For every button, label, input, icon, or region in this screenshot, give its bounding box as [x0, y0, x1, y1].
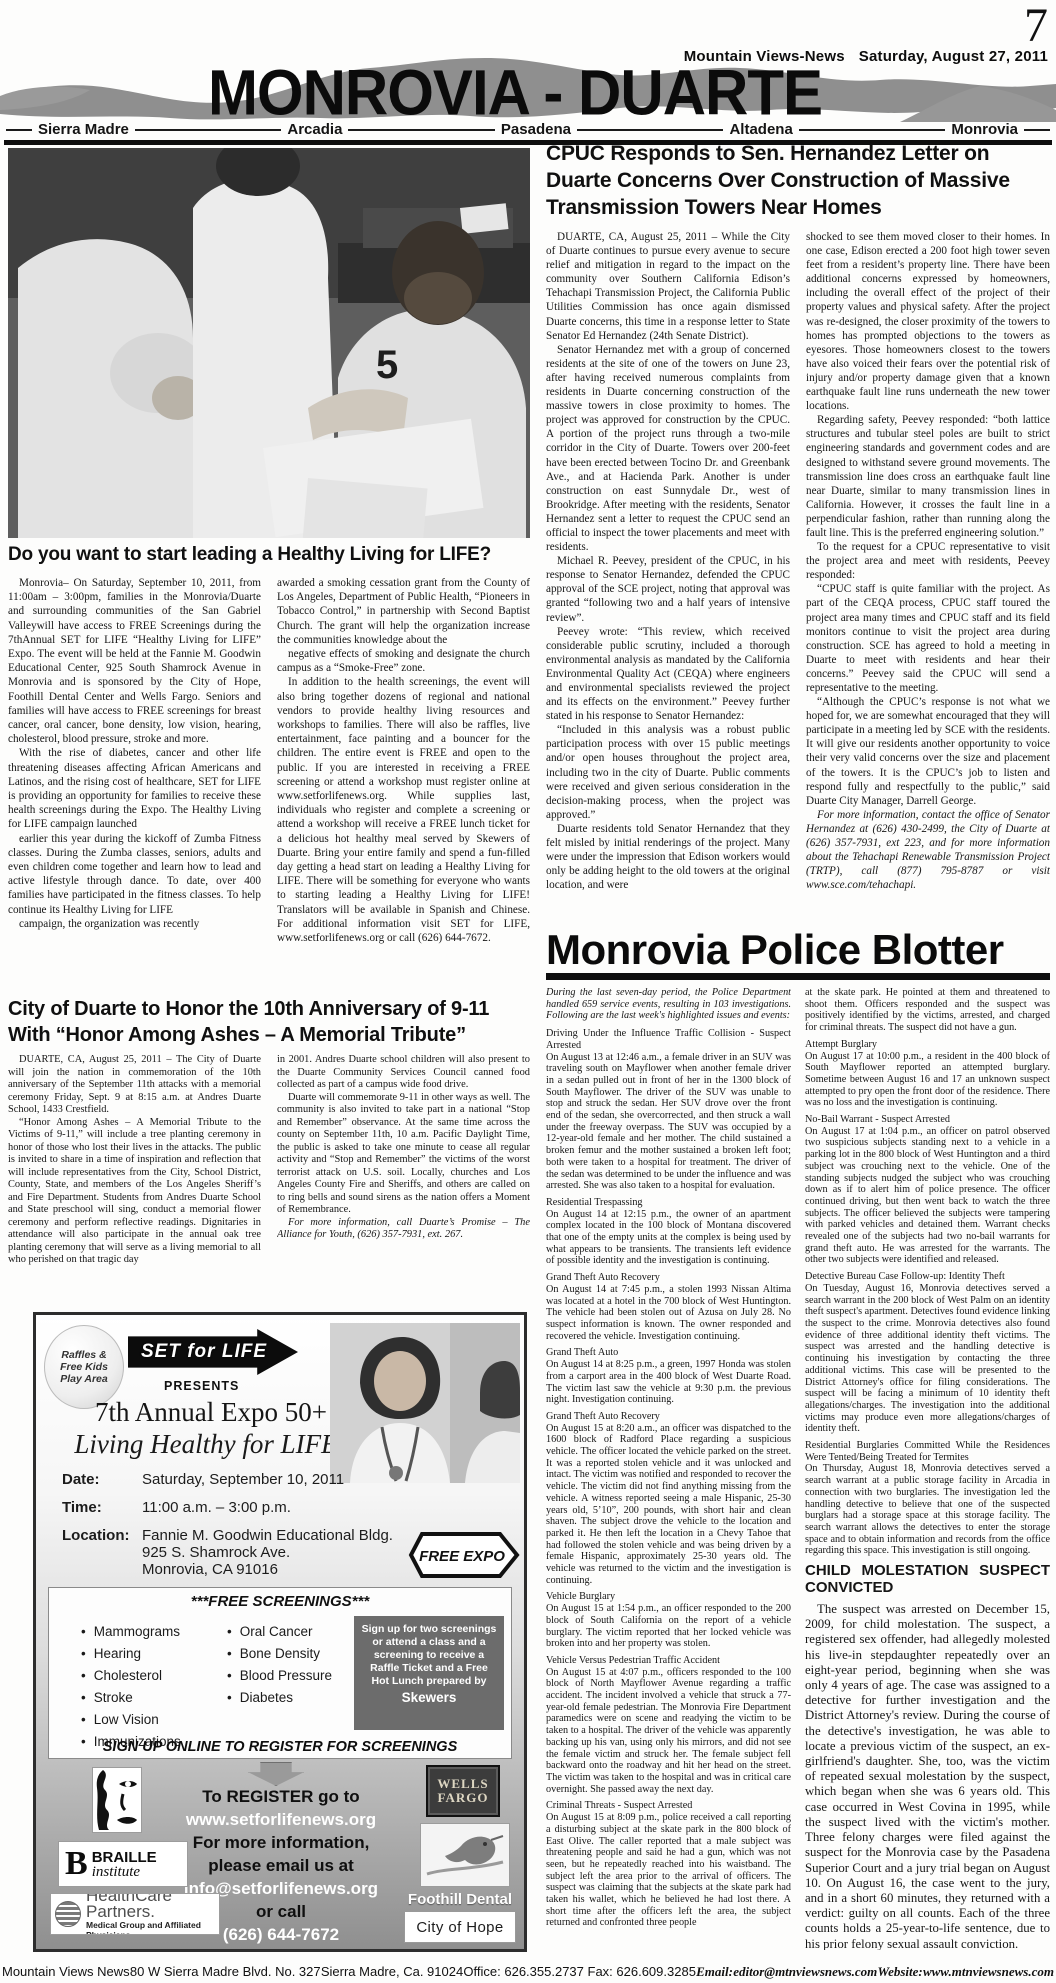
- nineeleven-article-headline: City of Duarte to Honor the 10th Anniver…: [8, 996, 530, 1048]
- rule: [577, 129, 724, 131]
- cpuc-article-body: DUARTE, CA, August 25, 2011 – While the …: [546, 230, 1050, 930]
- set-for-life-logo-text: SET for LIFE: [141, 1341, 285, 1363]
- bird-photo: [420, 1823, 510, 1887]
- blotter-item: No-Bail Warrant - Suspect Arrested On Au…: [805, 1114, 1050, 1266]
- blotter-item-heading: Grand Theft Auto Recovery: [546, 1272, 791, 1284]
- paragraph: For more information, contact the office…: [806, 808, 1050, 893]
- paragraph: shocked to see them moved closer to thei…: [806, 230, 1050, 413]
- paragraph: In addition to the health screenings, th…: [277, 675, 530, 945]
- free-expo-text: FREE EXPO: [419, 1548, 505, 1565]
- blotter-item-heading: Residential Trespassing: [546, 1197, 791, 1209]
- blotter-item-heading: Detective Bureau Case Follow-up: Identit…: [805, 1271, 1050, 1283]
- time-value: 11:00 a.m. – 3:00 p.m.: [142, 1499, 412, 1516]
- healthy-article-body: Monrovia– On Saturday, September 10, 201…: [8, 576, 530, 992]
- signup-line: SIGN UP ONLINE TO REGISTER FOR SCREENING…: [49, 1739, 511, 1755]
- blotter-item-text: On August 15 at 4:07 p.m., officers resp…: [546, 1667, 791, 1796]
- location-line: Monrovia, CA 91016: [142, 1561, 412, 1578]
- screening-item: Blood Pressure: [227, 1668, 332, 1683]
- register-line: To REGISTER go to: [156, 1785, 406, 1808]
- paragraph: negative effects of smoking and designat…: [277, 647, 530, 675]
- nineeleven-headline-line1: City of Duarte to Honor the 10th Anniver…: [8, 996, 530, 1022]
- healthcare-partners-sub: Medical Group and Affiliated Physicians: [86, 1920, 215, 1935]
- page-number: 7: [1024, 0, 1048, 53]
- blotter-item-heading: Residential Burglaries Committed While t…: [805, 1440, 1050, 1463]
- paragraph: Peevey wrote: “This review, which receiv…: [546, 625, 790, 724]
- screening-item: Bone Density: [227, 1646, 332, 1661]
- healthy-article-headline: Do you want to start leading a Healthy L…: [8, 543, 530, 567]
- ad-location-row: Location: Fannie M. Goodwin Educational …: [62, 1527, 412, 1578]
- blotter-item-heading: No-Bail Warrant - Suspect Arrested: [805, 1114, 1050, 1126]
- paragraph: earlier this year during the kickoff of …: [8, 832, 261, 917]
- screening-item: Mammograms: [81, 1624, 181, 1639]
- city-of-hope-logo: City of Hope: [404, 1911, 516, 1943]
- blotter-body: During the last seven-day period, the Po…: [546, 987, 1050, 1950]
- time-label: Time:: [62, 1499, 142, 1516]
- register-line: please email us at: [156, 1854, 406, 1877]
- ad-date-row: Date: Saturday, September 10, 2011: [62, 1471, 412, 1488]
- blotter-col1: During the last seven-day period, the Po…: [546, 987, 791, 1950]
- braille-institute-logo: B BRAILLE institute: [58, 1841, 188, 1887]
- blotter-item-text: On August 14 at 8:25 p.m., a green, 1997…: [546, 1359, 791, 1406]
- wells-fargo-line2: FARGO: [438, 1791, 489, 1805]
- paragraph: Regarding safety, Peevey responded: “bot…: [806, 413, 1050, 540]
- footer-address: 80 W Sierra Madre Blvd. No. 327: [130, 1964, 321, 1980]
- raffle-note-box: Sign up for two screenings or attend a c…: [354, 1616, 504, 1730]
- paragraph: DUARTE, CA, August 25, 2011 – The City o…: [8, 1054, 261, 1117]
- ad-subtitle: Living Healthy for LIFE: [36, 1429, 376, 1460]
- blotter-item-text: On August 17 at 10:00 p.m., a resident i…: [805, 1051, 1050, 1110]
- raffle-note-brand: Skewers: [360, 1691, 498, 1704]
- free-expo-badge: FREE EXPO: [408, 1531, 520, 1584]
- doctors-photo: [330, 1323, 520, 1483]
- blotter-item: Residential Burglaries Committed While t…: [805, 1440, 1050, 1557]
- cpuc-article-col1: DUARTE, CA, August 25, 2011 – While the …: [546, 230, 790, 930]
- blotter-item: Residential Trespassing On August 14 at …: [546, 1197, 791, 1267]
- ad-time-row: Time: 11:00 a.m. – 3:00 p.m.: [62, 1499, 412, 1516]
- photo-jersey-number: 5: [376, 343, 398, 387]
- footer-phones: Office: 626.355.2737 Fax: 626.609.3285: [463, 1964, 696, 1980]
- blotter-item: Criminal Threats - Suspect Arrested On A…: [546, 1800, 791, 1929]
- nineeleven-article-body: DUARTE, CA, August 25, 2011 – The City o…: [8, 1054, 530, 1306]
- newspaper-page: { "page": { "number": "7", "paper_name":…: [0, 0, 1056, 1983]
- nineeleven-article-col1: DUARTE, CA, August 25, 2011 – The City o…: [8, 1054, 261, 1306]
- register-line: www.setforlifenews.org: [156, 1808, 406, 1831]
- wells-fargo-logo: WELLS FARGO: [426, 1765, 500, 1817]
- paragraph: “CPUC staff is quite familiar with the p…: [806, 582, 1050, 695]
- location-label: Location:: [62, 1527, 142, 1578]
- rule: [1024, 129, 1050, 131]
- paragraph: “Although the CPUC’s response is not wha…: [806, 695, 1050, 808]
- blotter-item-text: On August 15 at 8:09 p.m., police receiv…: [546, 1812, 791, 1929]
- cpuc-article-headline: CPUC Responds to Sen. Hernandez Letter o…: [546, 140, 1052, 221]
- location-line: Fannie M. Goodwin Educational Bldg.: [142, 1527, 412, 1544]
- screenings-title: ***FREE SCREENINGS***: [49, 1593, 511, 1610]
- blotter-item-heading: Grand Theft Auto: [546, 1347, 791, 1359]
- blotter-item: Grand Theft Auto Recovery On August 14 a…: [546, 1272, 791, 1342]
- city-arcadia: Arcadia: [287, 121, 342, 138]
- screening-item: Hearing: [81, 1646, 181, 1661]
- blotter-item-heading: Driving Under the Influence Traffic Coll…: [546, 1028, 791, 1051]
- screening-item: Low Vision: [81, 1712, 181, 1727]
- city-monrovia: Monrovia: [951, 121, 1018, 138]
- paragraph: “Honor Among Ashes – A Memorial Tribute …: [8, 1117, 261, 1267]
- screenings-list-1: MammogramsHearingCholesterolStrokeLow Vi…: [81, 1624, 181, 1756]
- date-label: Date:: [62, 1471, 142, 1488]
- healthcare-partners-name: HealthCare Partners.: [86, 1893, 215, 1920]
- paragraph: Monrovia– On Saturday, September 10, 201…: [8, 576, 261, 746]
- page-footer: Mountain Views News 80 W Sierra Madre Bl…: [2, 1964, 1054, 1980]
- paragraph: Michael R. Peevey, president of the CPUC…: [546, 554, 790, 624]
- healthy-article-col1: Monrovia– On Saturday, September 10, 201…: [8, 576, 261, 992]
- footer-email-label: Email:: [696, 1964, 733, 1980]
- blotter-item-text: The suspect was arrested on December 15,…: [805, 1602, 1050, 1950]
- paragraph: For more information, call Duarte’s Prom…: [277, 1217, 530, 1242]
- down-arrow-icon: [248, 1762, 304, 1786]
- location-value: Fannie M. Goodwin Educational Bldg.925 S…: [142, 1527, 412, 1578]
- footer-city: Sierra Madre, Ca. 91024: [321, 1964, 463, 1980]
- blotter-item: Detective Bureau Case Follow-up: Identit…: [805, 1271, 1050, 1435]
- raffle-note-text: Sign up for two screenings or attend a c…: [360, 1623, 498, 1688]
- paragraph: “Included in this analysis was a robust …: [546, 723, 790, 822]
- footer-email: editor@mtnviewsnews.com: [733, 1964, 877, 1980]
- date-value: Saturday, September 10, 2011: [142, 1471, 412, 1488]
- blotter-item-heading: Vehicle Burglary: [546, 1591, 791, 1603]
- register-line: For more information,: [156, 1831, 406, 1854]
- blotter-item: CHILD MOLESTATION SUSPECT CONVICTED The …: [805, 1562, 1050, 1950]
- footer-website: www.mtnviewsnews.com: [923, 1964, 1054, 1980]
- blotter-headline: Monrovia Police Blotter: [546, 926, 1004, 974]
- screening-item: Diabetes: [227, 1690, 332, 1705]
- blotter-item: at the skate park. He pointed at them an…: [805, 987, 1050, 1034]
- blotter-item-heading: Grand Theft Auto Recovery: [546, 1411, 791, 1423]
- footer-web-label: Website:: [878, 1964, 923, 1980]
- nineeleven-article-col2: in 2001. Andres Duarte school children w…: [277, 1054, 530, 1306]
- paragraph: Duarte residents told Senator Hernandez …: [546, 822, 790, 892]
- rule: [348, 129, 495, 131]
- wells-fargo-line1: WELLS: [437, 1777, 488, 1791]
- paragraph: Senator Hernandez met with a group of co…: [546, 343, 790, 554]
- braille-logo-word2: institute: [92, 1865, 157, 1879]
- section-title: MONROVIA - DUARTE: [0, 56, 1030, 129]
- blotter-item-heading: Attempt Burglary: [805, 1039, 1050, 1051]
- healthy-article-col2: awarded a smoking cessation grant from t…: [277, 576, 530, 992]
- blotter-item-text: On August 15 at 1:54 p.m., an officer re…: [546, 1603, 791, 1650]
- rule: [799, 129, 946, 131]
- screenings-box: ***FREE SCREENINGS*** MammogramsHearingC…: [48, 1587, 512, 1759]
- city-sierra-madre: Sierra Madre: [38, 121, 129, 138]
- blotter-item-text: On August 13 at 12:46 a.m., a female dri…: [546, 1052, 791, 1192]
- healthcare-partners-icon: [55, 1901, 81, 1927]
- blotter-col2: at the skate park. He pointed at them an…: [805, 987, 1050, 1950]
- blotter-item-heading: Vehicle Versus Pedestrian Traffic Accide…: [546, 1655, 791, 1667]
- paragraph: awarded a smoking cessation grant from t…: [277, 576, 530, 647]
- location-line: 925 S. Shamrock Ave.: [142, 1544, 412, 1561]
- presents-label: PRESENTS: [164, 1379, 239, 1393]
- screening-item: Stroke: [81, 1690, 181, 1705]
- blotter-col1-items: Driving Under the Influence Traffic Coll…: [546, 1028, 791, 1929]
- set-for-life-logo: SET for LIFE: [128, 1329, 298, 1375]
- blotter-rule: [546, 973, 1050, 980]
- paragraph: campaign, the organization was recently: [8, 917, 261, 931]
- blotter-item-text: at the skate park. He pointed at them an…: [805, 987, 1050, 1034]
- blotter-item-text: On August 15 at 8:20 a.m., an officer wa…: [546, 1423, 791, 1587]
- paragraph: With the rise of diabetes, cancer and ot…: [8, 746, 261, 831]
- blotter-intro: During the last seven-day period, the Po…: [546, 987, 791, 1022]
- blotter-item: Vehicle Burglary On August 15 at 1:54 p.…: [546, 1591, 791, 1650]
- healthcare-partners-logo: HealthCare Partners. Medical Group and A…: [50, 1893, 220, 1935]
- screenings-list-2: Oral CancerBone DensityBlood PressureDia…: [227, 1624, 332, 1712]
- blotter-col2-items: at the skate park. He pointed at them an…: [805, 987, 1050, 1950]
- braille-institute-face-logo: [92, 1767, 142, 1833]
- footer-paper-name: Mountain Views News: [2, 1964, 130, 1980]
- braille-logo-b: B: [65, 1845, 88, 1883]
- braille-logo-word1: BRAILLE: [92, 1850, 157, 1865]
- blotter-item-text: On August 14 at 12:15 p.m., the owner of…: [546, 1209, 791, 1268]
- news-photo-health-screening: 5: [8, 148, 530, 538]
- screening-item: Cholesterol: [81, 1668, 181, 1683]
- blotter-item-text: On August 17 at 1:04 p.m., an officer on…: [805, 1126, 1050, 1266]
- blotter-item: Grand Theft Auto On August 14 at 8:25 p.…: [546, 1347, 791, 1406]
- set-for-life-expo-ad: Raffles & Free Kids Play Area SET for LI…: [33, 1312, 527, 1952]
- paragraph: To the request for a CPUC representative…: [806, 540, 1050, 582]
- blotter-item: Attempt Burglary On August 17 at 10:00 p…: [805, 1039, 1050, 1109]
- blotter-item-heading: Criminal Threats - Suspect Arrested: [546, 1800, 791, 1812]
- foothill-dental-logo: Foothill Dental: [396, 1891, 524, 1908]
- paragraph: DUARTE, CA, August 25, 2011 – While the …: [546, 230, 790, 343]
- city-pasadena: Pasadena: [501, 121, 571, 138]
- blotter-item: Driving Under the Influence Traffic Coll…: [546, 1028, 791, 1192]
- blotter-item-text: On Tuesday, August 16, Monrovia detectiv…: [805, 1283, 1050, 1435]
- masthead: MONROVIA - DUARTE: [0, 56, 1056, 122]
- blotter-item-text: On Thursday, August 18, Monrovia detecti…: [805, 1463, 1050, 1557]
- blotter-item: Vehicle Versus Pedestrian Traffic Accide…: [546, 1655, 791, 1795]
- blotter-item: Grand Theft Auto Recovery On August 15 a…: [546, 1411, 791, 1587]
- blotter-item-text: On August 14 at 7:45 p.m., a stolen 1993…: [546, 1284, 791, 1343]
- ad-title: 7th Annual Expo 50+: [56, 1397, 366, 1428]
- cpuc-article-col2: shocked to see them moved closer to thei…: [806, 230, 1050, 930]
- city-altadena: Altadena: [729, 121, 792, 138]
- nineeleven-headline-line2: With “Honor Among Ashes – A Memorial Tri…: [8, 1022, 530, 1048]
- paragraph: in 2001. Andres Duarte school children w…: [277, 1054, 530, 1092]
- rule: [135, 129, 282, 131]
- screening-item: Oral Cancer: [227, 1624, 332, 1639]
- blotter-item-heading: CHILD MOLESTATION SUSPECT CONVICTED: [805, 1562, 1050, 1596]
- paragraph: Duarte will commemorate 9-11 in other wa…: [277, 1092, 530, 1217]
- cities-strip: Sierra Madre Arcadia Pasadena Altadena M…: [0, 121, 1056, 138]
- rule: [6, 129, 32, 131]
